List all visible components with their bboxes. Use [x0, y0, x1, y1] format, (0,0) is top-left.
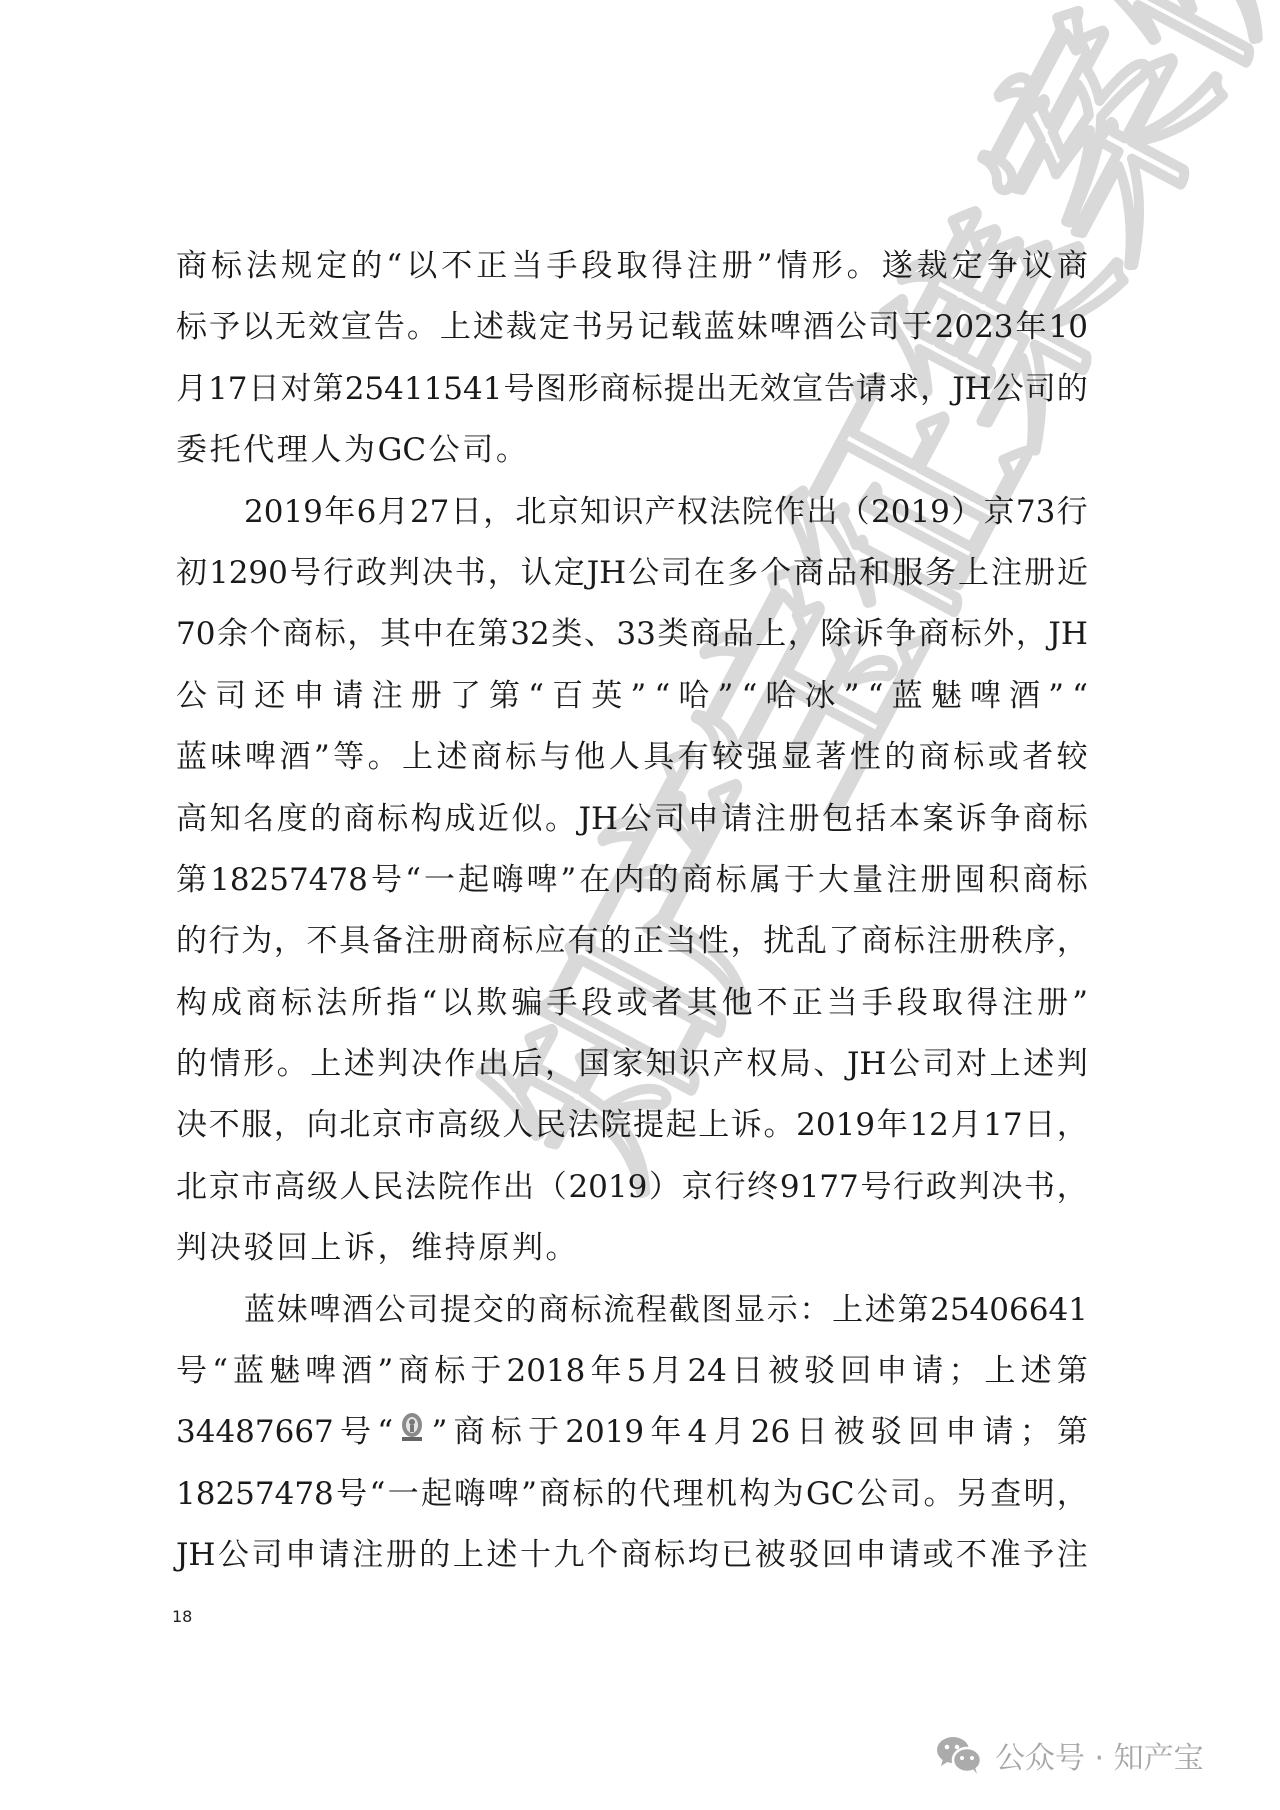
footer-brand-text: 公众号 · 知产宝 — [995, 1733, 1204, 1777]
text-line: 公司还申请注册了第“百英”“哈”“哈冰”“蓝魅啤酒”“ — [176, 666, 1088, 727]
text-line: 第18257478号“一起嗨啤”在内的商标属于大量注册囤积商标 — [176, 850, 1088, 911]
text-line: JH公司申请注册的上述十九个商标均已被驳回申请或不准予注 — [176, 1525, 1088, 1586]
trademark-figure-icon — [399, 1402, 425, 1432]
text-line: 34487667号“”商标于2019年4月26日被驳回申请；第 — [176, 1402, 1088, 1463]
text-line: 2019年6月27日，北京知识产权法院作出（2019）京73行 — [176, 482, 1088, 543]
text-line: 初1290号行政判决书，认定JH公司在多个商品和服务上注册近 — [176, 543, 1088, 604]
text-line: 决不服，向北京市高级人民法院提起上诉。2019年12月17日， — [176, 1095, 1088, 1156]
text-line: 判决驳回上诉，维持原判。 — [176, 1218, 1088, 1279]
text-line: 的情形。上述判决作出后，国家知识产权局、JH公司对上述判 — [176, 1034, 1088, 1095]
page-number: 18 — [172, 1607, 192, 1626]
text-line: 商标法规定的“以不正当手段取得注册”情形。遂裁定争议商 — [176, 236, 1088, 297]
footer-brand: 公众号 · 知产宝 — [935, 1735, 1204, 1775]
text-line: 委托代理人为GC公司。 — [176, 420, 1088, 481]
wechat-icon — [935, 1735, 983, 1775]
text-line: 月17日对第25411541号图形商标提出无效宣告请求，JH公司的 — [176, 359, 1088, 420]
text-line: 18257478号“一起嗨啤”商标的代理机构为GC公司。另查明， — [176, 1464, 1088, 1525]
text-line: 号“蓝魅啤酒”商标于2018年5月24日被驳回申请；上述第 — [176, 1341, 1088, 1402]
text-line: 蓝妹啤酒公司提交的商标流程截图显示：上述第25406641 — [176, 1280, 1088, 1341]
text-line: 构成商标法所指“以欺骗手段或者其他不正当手段取得注册” — [176, 973, 1088, 1034]
text-line: 高知名度的商标构成近似。JH公司申请注册包括本案诉争商标 — [176, 789, 1088, 850]
text-line: 北京市高级人民法院作出（2019）京行终9177号行政判决书， — [176, 1157, 1088, 1218]
text-line: 70余个商标，其中在第32类、33类商品上，除诉争商标外，JH — [176, 604, 1088, 665]
text-line: 的行为，不具备注册商标应有的正当性，扰乱了商标注册秩序， — [176, 911, 1088, 972]
document-page: 知产宝征集案例 商标法规定的“以不正当手段取得注册”情形。遂裁定争议商标予以无效… — [0, 0, 1280, 1810]
text-line: 蓝味啤酒”等。上述商标与他人具有较强显著性的商标或者较 — [176, 727, 1088, 788]
text-line: 标予以无效宣告。上述裁定书另记载蓝妹啤酒公司于2023年10 — [176, 297, 1088, 358]
body-text: 商标法规定的“以不正当手段取得注册”情形。遂裁定争议商标予以无效宣告。上述裁定书… — [176, 236, 1088, 1587]
